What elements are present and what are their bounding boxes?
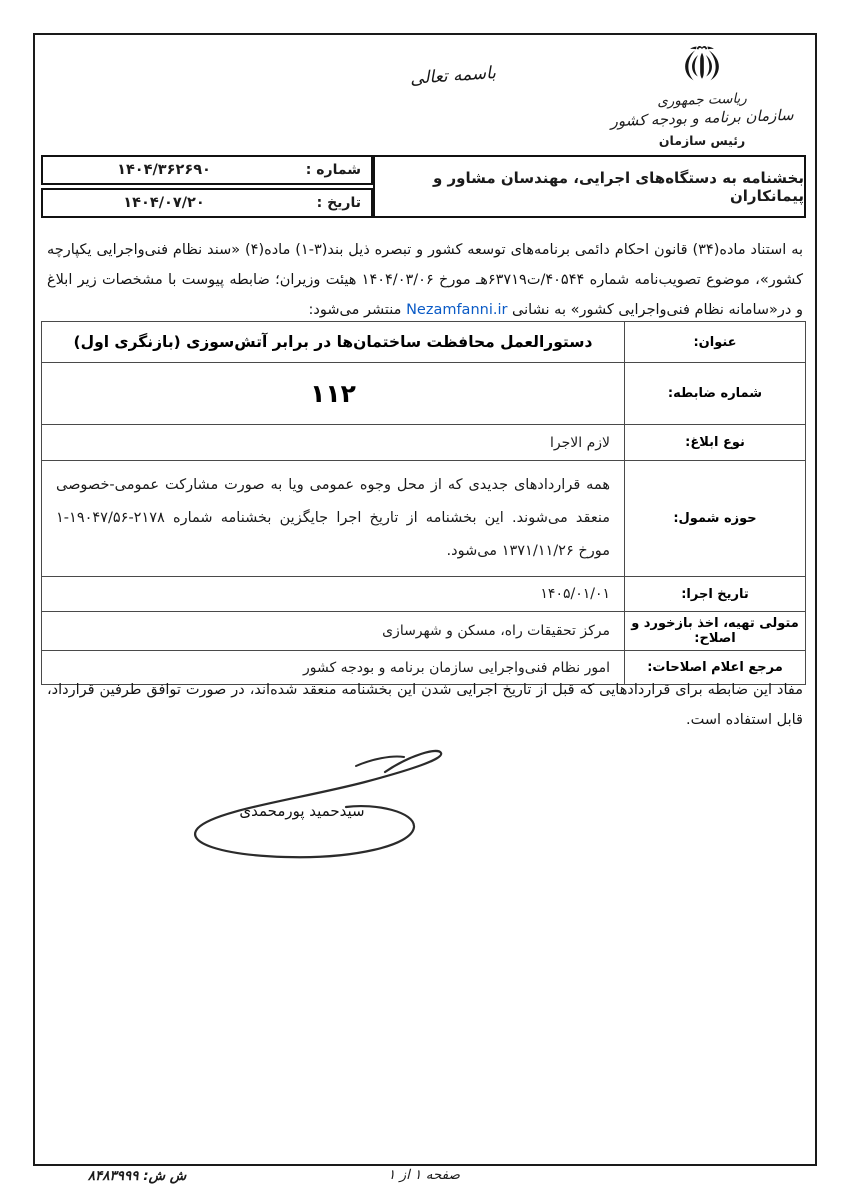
intro-text-after-link: منتشر می‌شود: — [309, 302, 407, 318]
nezamfanni-portal-link[interactable]: Nezamfanni.ir — [406, 302, 507, 318]
table-row: متولی تهیه، اخذ بازخورد و اصلاح: مرکز تح… — [42, 612, 806, 651]
table-row: شماره ضابطه: ۱۱۲ — [42, 363, 806, 425]
letter-date-label: تاریخ : — [285, 195, 371, 211]
value-custodian: مرکز تحقیقات راه، مسکن و شهرسازی — [42, 612, 625, 651]
letter-date-value: ۱۴۰۴/۰۷/۲۰ — [43, 195, 285, 211]
letter-number-label: شماره : — [285, 162, 371, 178]
letter-number-value: ۱۴۰۴/۳۶۲۶۹۰ — [43, 162, 285, 178]
footer-serial-number: ش ش: ۸۴۸۳۹۹۹ — [62, 1168, 212, 1184]
table-row: نوع ابلاغ: لازم الاجرا — [42, 425, 806, 461]
value-notification-type: لازم الاجرا — [42, 425, 625, 461]
label-notification-type: نوع ابلاغ: — [625, 425, 806, 461]
intro-paragraph: به استناد ماده(۳۴) قانون احکام دائمی برن… — [47, 235, 803, 325]
label-scope: حوزه شمول: — [625, 461, 806, 577]
table-row: حوزه شمول: همه قراردادهای جدیدی که از مح… — [42, 461, 806, 577]
table-row: تاریخ اجرا: ۱۴۰۵/۰۱/۰۱ — [42, 577, 806, 612]
value-code-number: ۱۱۲ — [42, 363, 625, 425]
signature-block: سیدحمید پورمحمدی — [160, 742, 450, 867]
letter-date-row: تاریخ : ۱۴۰۴/۰۷/۲۰ — [41, 188, 373, 218]
number-date-column: شماره : ۱۴۰۴/۳۶۲۶۹۰ تاریخ : ۱۴۰۴/۰۷/۲۰ — [41, 155, 373, 218]
value-title: دستورالعمل محافظت ساختمان‌ها در برابر آت… — [42, 322, 625, 363]
label-title: عنوان: — [625, 322, 806, 363]
letter-number-row: شماره : ۱۴۰۴/۳۶۲۶۹۰ — [41, 155, 373, 185]
org-head-title: رئیس سازمان — [598, 133, 806, 148]
label-code-number: شماره ضابطه: — [625, 363, 806, 425]
details-table: عنوان: دستورالعمل محافظت ساختمان‌ها در ب… — [41, 321, 806, 685]
footer-page-number: صفحه ۱ از ۱ — [324, 1167, 524, 1183]
value-scope: همه قراردادهای جدیدی که از محل وجوه عموم… — [42, 461, 625, 577]
iran-national-emblem-icon — [679, 40, 725, 90]
signatory-name: سیدحمید پورمحمدی — [212, 802, 392, 820]
letter-info-table: بخشنامه به دستگاه‌های اجرایی، مهندسان مش… — [41, 155, 806, 218]
label-custodian: متولی تهیه، اخذ بازخورد و اصلاح: — [625, 612, 806, 651]
recipient-cell: بخشنامه به دستگاه‌های اجرایی، مهندسان مش… — [373, 155, 806, 218]
label-execution-date: تاریخ اجرا: — [625, 577, 806, 612]
value-execution-date: ۱۴۰۵/۰۱/۰۱ — [42, 577, 625, 612]
organization-header: ریاست جمهوری سازمان برنامه و بودجه کشور … — [598, 40, 806, 148]
table-row: عنوان: دستورالعمل محافظت ساختمان‌ها در ب… — [42, 322, 806, 363]
closing-paragraph: مفاد این ضابطه برای قراردادهایی که قبل ا… — [47, 675, 803, 735]
